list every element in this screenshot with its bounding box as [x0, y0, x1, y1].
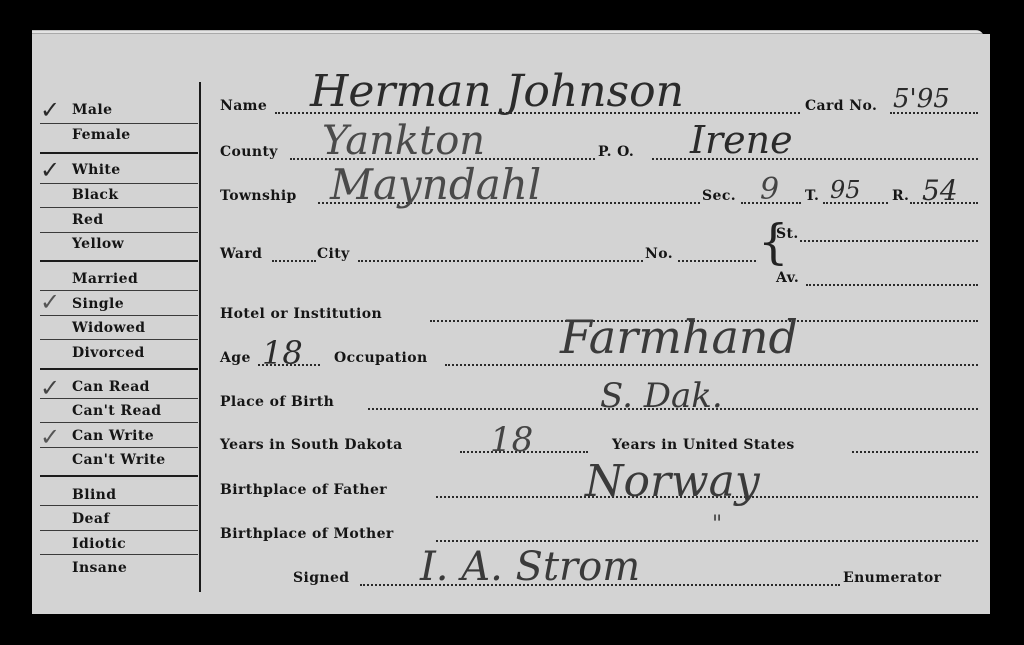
po-label: P. O.	[598, 144, 634, 160]
city-label: City	[317, 246, 350, 262]
bp-mother-value: "	[712, 512, 722, 537]
literacy-cant-read: Can't Read	[72, 403, 161, 419]
r-label: R.	[892, 188, 909, 204]
infirmity-idiotic: Idiotic	[72, 536, 126, 552]
literacy-can-read: Can Read	[72, 379, 150, 395]
signed-value: I. A. Strom	[420, 544, 640, 590]
literacy-can-write: Can Write	[72, 428, 154, 444]
check-mark-icon: ✓	[40, 158, 60, 182]
t-label: T.	[805, 188, 819, 204]
place-of-birth-label: Place of Birth	[220, 394, 334, 410]
occupation-label: Occupation	[334, 350, 428, 366]
check-mark-icon: ✓	[40, 98, 60, 122]
race-red: Red	[72, 212, 104, 228]
place-of-birth-value: S. Dak.	[600, 376, 723, 416]
age-label: Age	[220, 350, 251, 366]
enumerator-label: Enumerator	[843, 570, 941, 586]
infirmity-blind: Blind	[72, 487, 116, 503]
name-label: Name	[220, 98, 267, 114]
years-us-label: Years in United States	[612, 437, 795, 453]
t-value: 95	[830, 176, 861, 204]
marital-married: Married	[72, 271, 138, 287]
marital-single: Single	[72, 296, 124, 312]
hotel-label: Hotel or Institution	[220, 306, 382, 322]
infirmity-insane: Insane	[72, 560, 127, 576]
township-label: Township	[220, 188, 297, 204]
signed-label: Signed	[293, 570, 350, 586]
years-sd-label: Years in South Dakota	[220, 437, 403, 453]
sex-male: Male	[72, 102, 112, 118]
county-label: County	[220, 144, 278, 160]
st-label: St.	[776, 226, 799, 242]
name-value: Herman Johnson	[310, 66, 684, 117]
check-mark-icon: ✓	[40, 425, 60, 449]
age-value: 18	[262, 334, 303, 372]
av-label: Av.	[776, 270, 799, 286]
census-card	[32, 34, 990, 614]
marital-divorced: Divorced	[72, 345, 145, 361]
literacy-cant-write: Can't Write	[72, 452, 166, 468]
township-value: Mayndahl	[330, 160, 541, 209]
sec-label: Sec.	[702, 188, 736, 204]
check-mark-icon: ✓	[40, 376, 60, 400]
no-label: No.	[645, 246, 673, 262]
occupation-value: Farmhand	[560, 310, 798, 364]
bp-father-value: Norway	[585, 456, 760, 507]
bp-mother-label: Birthplace of Mother	[220, 526, 394, 542]
po-value: Irene	[690, 118, 793, 162]
card-no-label: Card No.	[805, 98, 877, 114]
sex-female: Female	[72, 127, 131, 143]
ward-label: Ward	[220, 246, 262, 262]
race-black: Black	[72, 187, 118, 203]
race-white: White	[72, 162, 121, 178]
r-value: 54	[922, 174, 958, 207]
sec-value: 9	[760, 172, 779, 207]
check-mark-icon: ✓	[40, 290, 60, 314]
infirmity-deaf: Deaf	[72, 511, 110, 527]
bp-father-label: Birthplace of Father	[220, 482, 387, 498]
marital-widowed: Widowed	[72, 320, 145, 336]
years-sd-value: 18	[490, 420, 533, 460]
race-yellow: Yellow	[72, 236, 124, 252]
county-value: Yankton	[322, 118, 485, 164]
card-no-value: 5'95	[893, 84, 950, 114]
column-divider	[199, 82, 201, 592]
